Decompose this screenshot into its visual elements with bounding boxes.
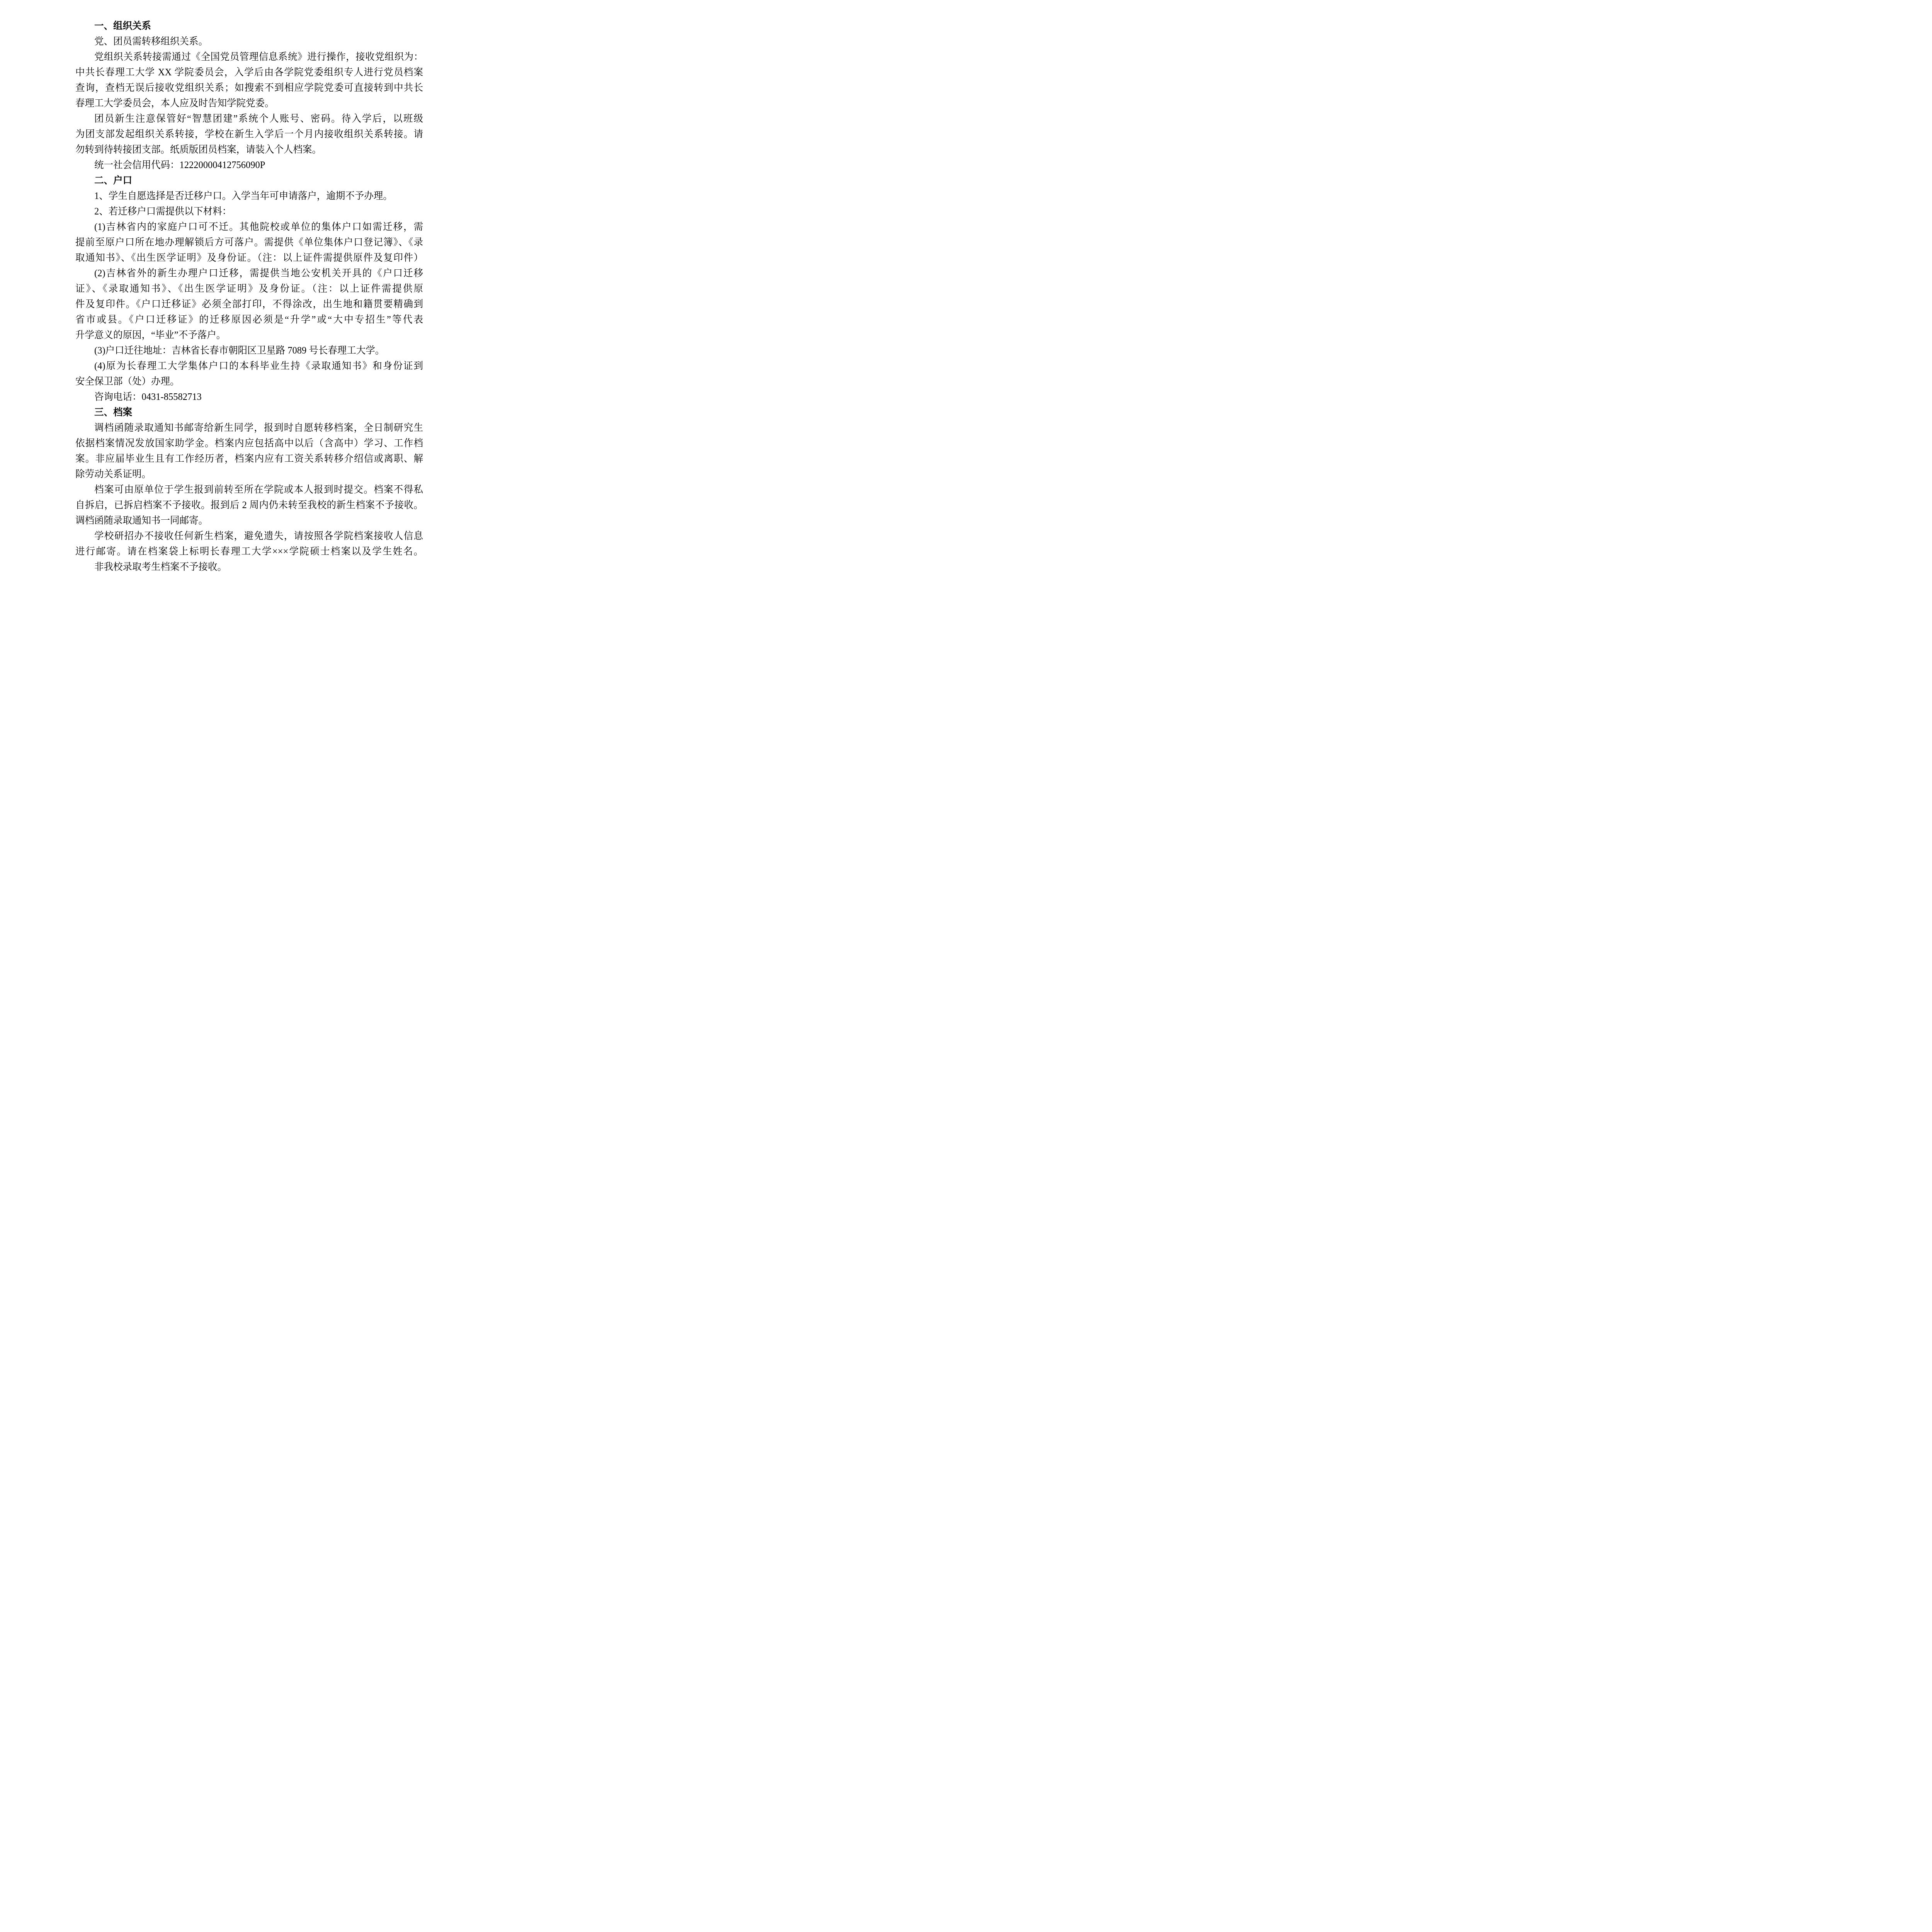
paragraph-line: 自拆启，已拆启档案不予接收。报到后 2 周内仍未转至我校的新生档案不予接收。 xyxy=(75,498,423,513)
paragraph-line: 省市或县。《户口迁移证》的迁移原因必须是“升学”或“大中专招生”等代表 xyxy=(75,312,423,328)
paragraph-line: 春理工大学委员会，本人应及时告知学院党委。 xyxy=(75,96,423,111)
section-heading: 一、组织关系 xyxy=(75,19,423,34)
paragraph-line: (4)原为长春理工大学集体户口的本科毕业生持《录取通知书》和身份证到 xyxy=(75,359,423,374)
section-heading: 三、档案 xyxy=(75,405,423,420)
paragraph-line: 团员新生注意保管好“智慧团建”系统个人账号、密码。待入学后，以班级 xyxy=(75,111,423,127)
paragraph-line: 安全保卫部（处）办理。 xyxy=(75,374,423,389)
paragraph-line: 1、学生自愿选择是否迁移户口。入学当年可申请落户，逾期不予办理。 xyxy=(75,189,423,204)
paragraph-line: 依据档案情况发放国家助学金。档案内应包括高中以后（含高中）学习、工作档 xyxy=(75,436,423,451)
paragraph-line: 非我校录取考生档案不予接收。 xyxy=(75,560,423,575)
paragraph-line: (2)吉林省外的新生办理户口迁移，需提供当地公安机关开具的《户口迁移 xyxy=(75,266,423,281)
paragraph-line: 学校研招办不接收任何新生档案，避免遗失，请按照各学院档案接收人信息 xyxy=(75,529,423,544)
section-heading: 二、户口 xyxy=(75,173,423,189)
paragraph-line: 升学意义的原因，“毕业”不予落户。 xyxy=(75,328,423,343)
paragraph-line: 取通知书》、《出生医学证明》及身份证。（注：以上证件需提供原件及复印件） xyxy=(75,250,423,266)
paragraph-line: 除劳动关系证明。 xyxy=(75,467,423,482)
paragraph-line: 调档函随录取通知书邮寄给新生同学，报到时自愿转移档案，全日制研究生 xyxy=(75,420,423,436)
document-content: 一、组织关系党、团员需转移组织关系。党组织关系转接需通过《全国党员管理信息系统》… xyxy=(75,19,423,575)
paragraph-line: 咨询电话：0431-85582713 xyxy=(75,389,423,405)
paragraph-line: 党组织关系转接需通过《全国党员管理信息系统》进行操作，接收党组织为： xyxy=(75,49,423,65)
document-page: 一、组织关系党、团员需转移组织关系。党组织关系转接需通过《全国党员管理信息系统》… xyxy=(0,0,491,575)
paragraph-line: 勿转到待转接团支部。纸质版团员档案，请装入个人档案。 xyxy=(75,142,423,158)
paragraph-line: 2、若迁移户口需提供以下材料： xyxy=(75,204,423,219)
paragraph-line: 案。非应届毕业生且有工作经历者，档案内应有工资关系转移介绍信或离职、解 xyxy=(75,451,423,467)
paragraph-line: 档案可由原单位于学生报到前转至所在学院或本人报到时提交。档案不得私 xyxy=(75,482,423,498)
paragraph-line: (3)户口迁往地址：吉林省长春市朝阳区卫星路 7089 号长春理工大学。 xyxy=(75,343,423,359)
paragraph-line: 件及复印件。《户口迁移证》必须全部打印，不得涂改，出生地和籍贯要精确到 xyxy=(75,297,423,312)
paragraph-line: 进行邮寄。请在档案袋上标明长春理工大学×××学院硕士档案以及学生姓名。 xyxy=(75,544,423,560)
paragraph-line: 调档函随录取通知书一同邮寄。 xyxy=(75,513,423,529)
paragraph-line: 为团支部发起组织关系转接，学校在新生入学后一个月内接收组织关系转接。请 xyxy=(75,127,423,142)
paragraph-line: 证》、《录取通知书》、《出生医学证明》及身份证。（注：以上证件需提供原 xyxy=(75,281,423,297)
paragraph-line: 查询，查档无误后接收党组织关系；如搜索不到相应学院党委可直接转到中共长 xyxy=(75,80,423,96)
paragraph-line: 统一社会信用代码：12220000412756090P xyxy=(75,158,423,173)
paragraph-line: 中共长春理工大学 XX 学院委员会，入学后由各学院党委组织专人进行党员档案 xyxy=(75,65,423,80)
paragraph-line: 党、团员需转移组织关系。 xyxy=(75,34,423,49)
paragraph-line: (1)吉林省内的家庭户口可不迁。其他院校或单位的集体户口如需迁移，需 xyxy=(75,219,423,235)
paragraph-line: 提前至原户口所在地办理解锁后方可落户。需提供《单位集体户口登记簿》、《录 xyxy=(75,235,423,250)
